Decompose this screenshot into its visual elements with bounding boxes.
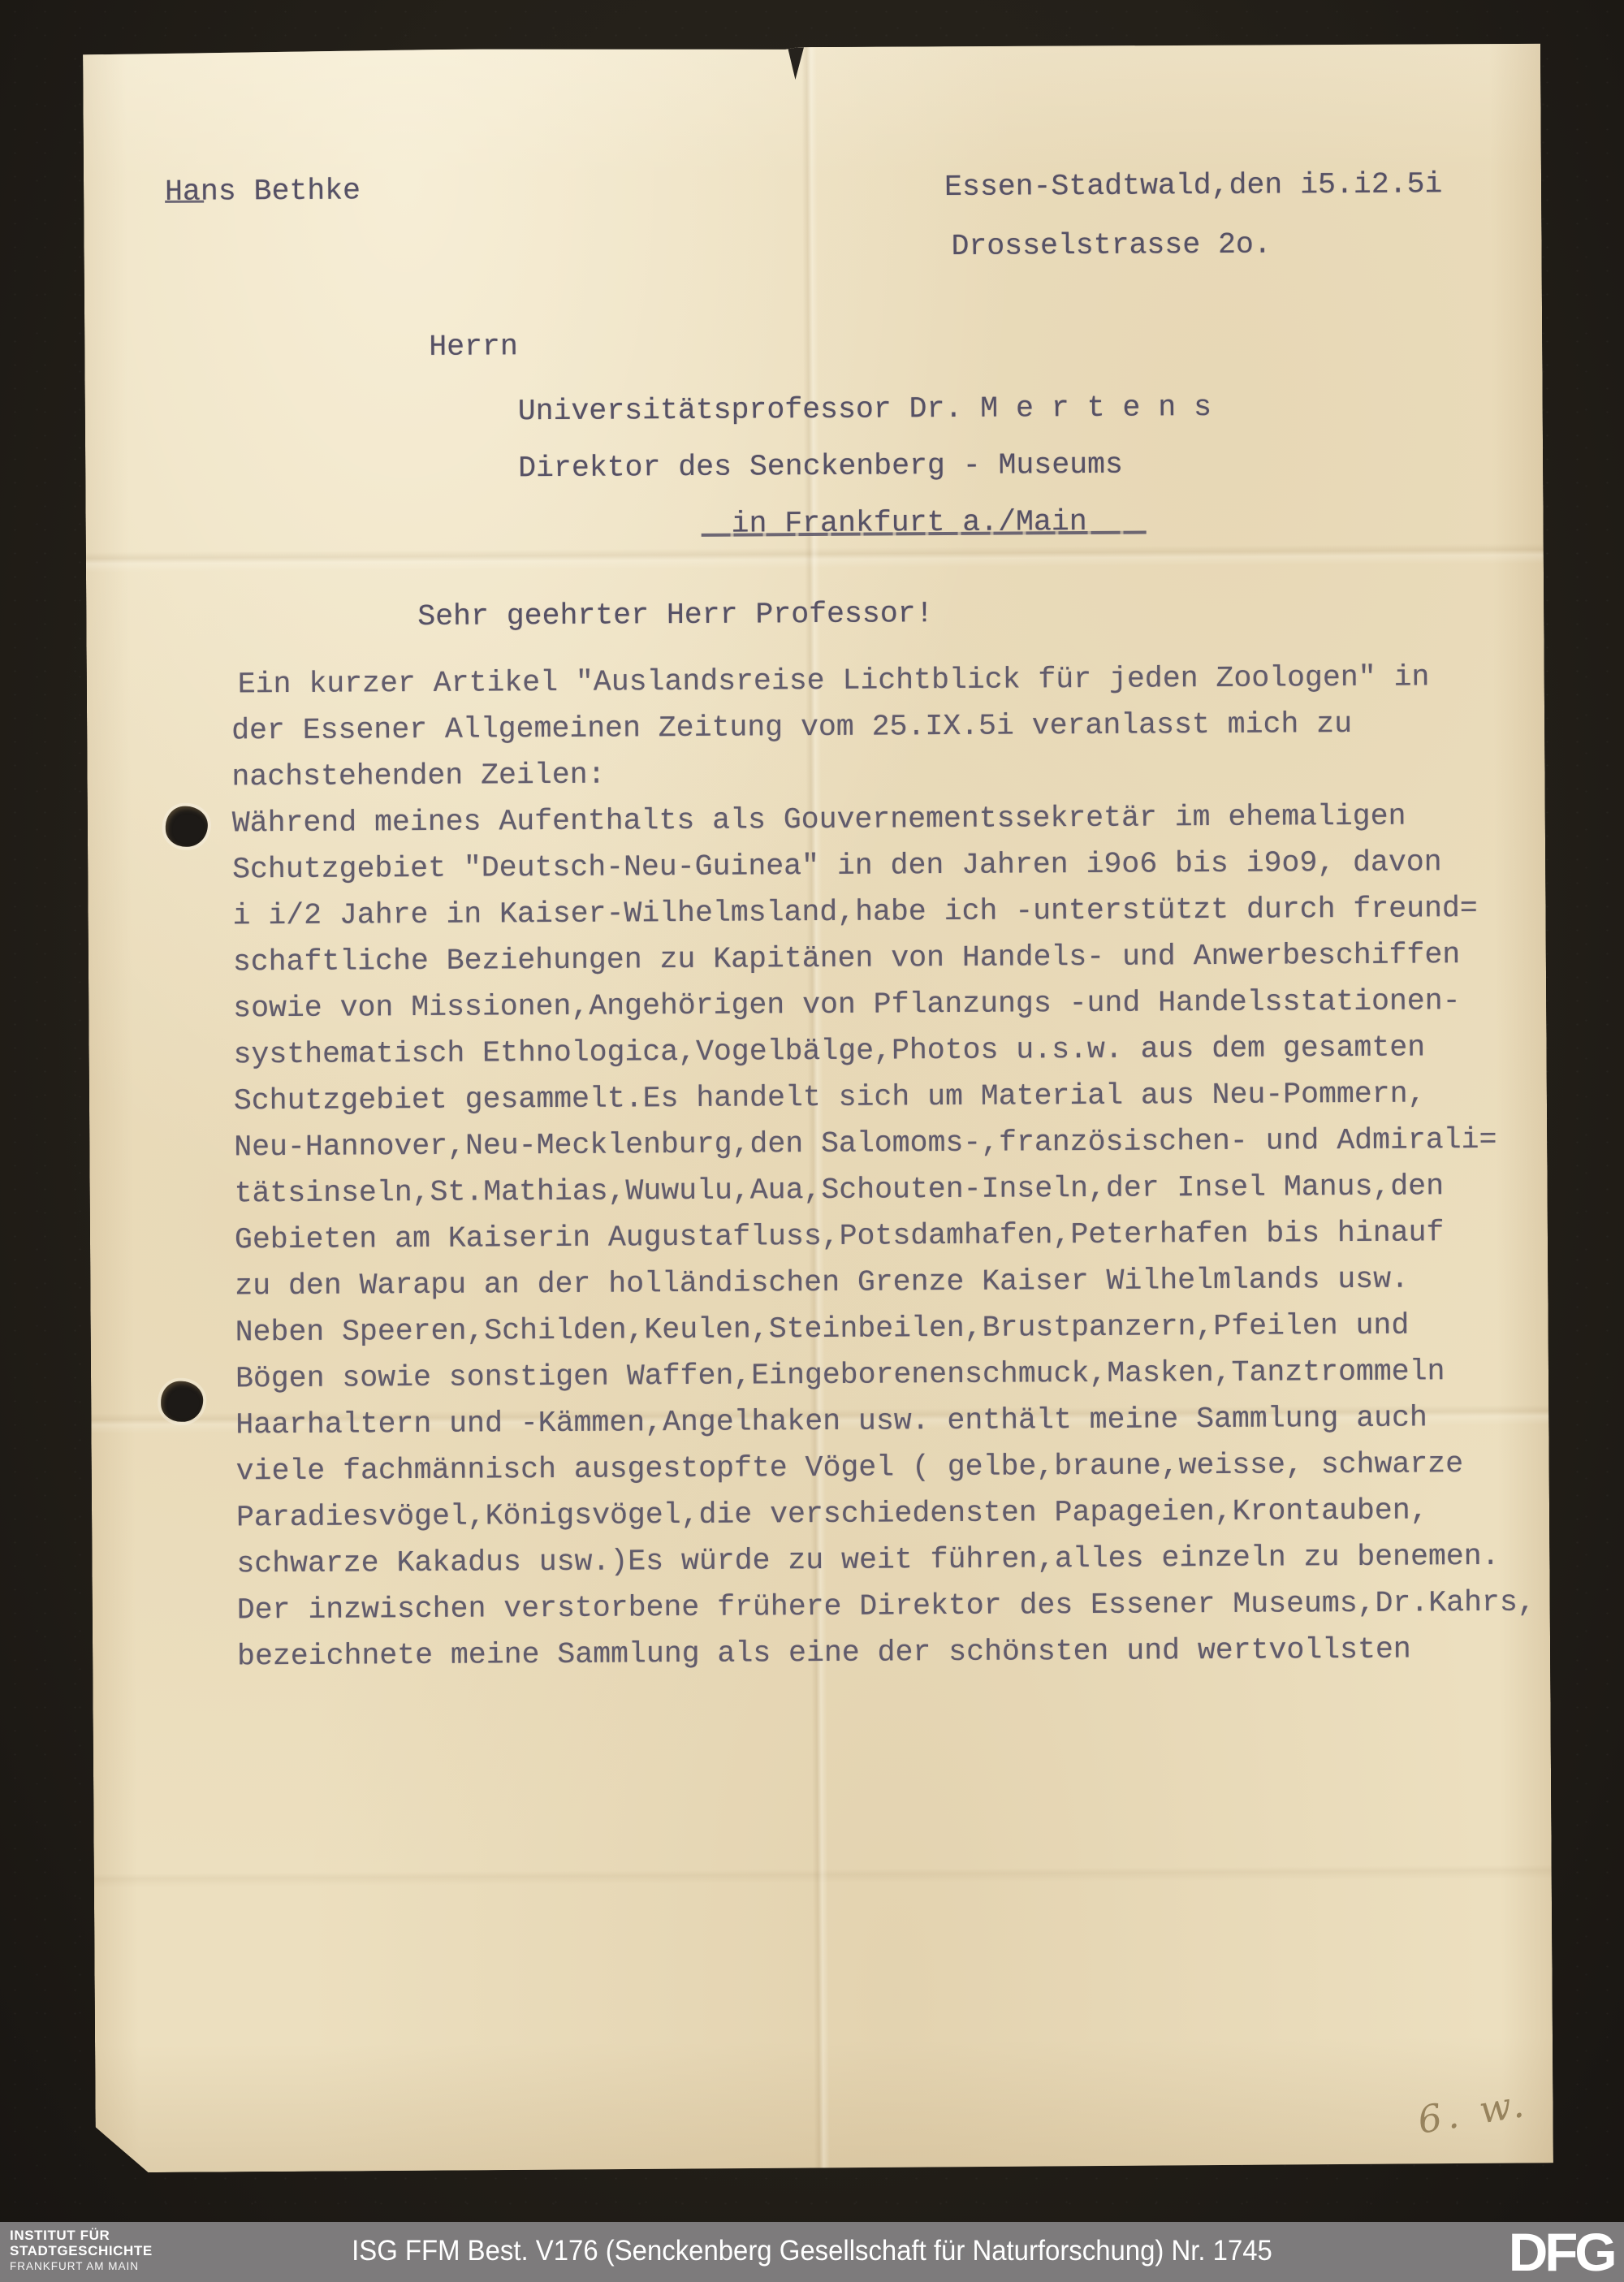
body-line: schwarze Kakadus usw.)Es würde zu weit f… [236, 1533, 1499, 1587]
body-line: Ein kurzer Artikel "Auslandsreise Lichtb… [238, 654, 1430, 707]
staple-tear [788, 47, 804, 80]
body-line: Neu-Hannover,Neu-Mecklenburg,den Salomom… [234, 1117, 1497, 1170]
body-line: der Essener Allgemeinen Zeitung vom 25.I… [231, 701, 1352, 754]
dfg-logo: DFG [1508, 2221, 1613, 2282]
handwritten-note: 6. w. [1415, 2081, 1531, 2142]
letter-body: Ein kurzer Artikel "Auslandsreise Lichtb… [83, 43, 1540, 52]
archive-reference: ISG FFM Best. V176 (Senckenberg Gesellsc… [49, 2235, 1575, 2267]
sender-underline [165, 201, 204, 203]
body-line: Der inzwischen verstorbene frühere Direk… [237, 1580, 1535, 1634]
salutation: Sehr geehrter Herr Professor! [417, 590, 934, 640]
body-line: zu den Warapu an der holländischen Grenz… [235, 1256, 1409, 1310]
recipient-line-professor: Universitätsprofessor Dr. M e r t e n s [518, 384, 1212, 434]
recipient-line-direktor: Direktor des Senckenberg - Museums [518, 442, 1123, 492]
sender-name: Hans Bethke [165, 167, 361, 214]
body-line: sowie von Missionen,Angehörigen von Pfla… [233, 978, 1461, 1031]
punch-hole-top [166, 806, 208, 847]
body-line: Während meines Aufenthalts als Gouvernem… [232, 793, 1406, 847]
archive-footer-bar: INSTITUT FÜR STADTGESCHICHTE FRANKFURT A… [0, 2222, 1624, 2282]
body-line: systhematisch Ethnologica,Vogelbälge,Pho… [233, 1024, 1425, 1078]
body-line: Gebieten am Kaiserin Augustafluss,Potsda… [235, 1209, 1445, 1263]
letter-page: Hans Bethke Essen-Stadtwald,den i5.i2.5i… [83, 43, 1553, 2173]
punch-hole-bottom [161, 1381, 203, 1422]
body-line: nachstehenden Zeilen: [231, 752, 605, 801]
recipient-line-herrn: Herrn [429, 323, 518, 370]
body-line: viele fachmännisch ausgestopfte Vögel ( … [236, 1441, 1464, 1494]
street-line: Drosselstrasse 2o. [951, 222, 1272, 270]
body-line: Neben Speeren,Schilden,Keulen,Steinbeile… [235, 1303, 1410, 1356]
body-line: tätsinseln,St.Mathias,Wuwulu,Aua,Schoute… [234, 1163, 1444, 1217]
body-line: Paradiesvögel,Königsvögel,die verschiede… [236, 1487, 1428, 1541]
body-line: Schutzgebiet gesammelt.Es handelt sich u… [234, 1070, 1426, 1124]
body-line: Schutzgebiet "Deutsch-Neu-Guinea" in den… [232, 839, 1442, 892]
photograph-background: Hans Bethke Essen-Stadtwald,den i5.i2.5i… [0, 0, 1624, 2282]
body-line: Haarhaltern und -Kämmen,Angelhaken usw. … [235, 1394, 1427, 1448]
body-line: Bögen sowie sonstigen Waffen,Eingeborene… [235, 1348, 1445, 1402]
body-line: i i/2 Jahre in Kaiser-Wilhelmsland,habe … [232, 885, 1478, 939]
date-line: Essen-Stadtwald,den i5.i2.5i [944, 161, 1443, 210]
recipient-line-city: in Frankfurt a./Main [731, 499, 1086, 547]
body-line: schaftliche Beziehungen zu Kapitänen von… [233, 931, 1461, 985]
body-line: bezeichnete meine Sammlung als eine der … [237, 1627, 1411, 1680]
